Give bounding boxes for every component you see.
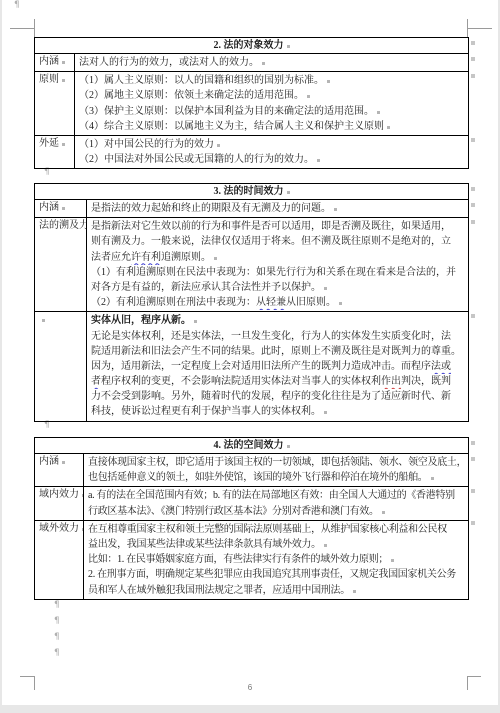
row-content: （1）属人主义原则：以人的国籍和组织的国别为标准。 （2）属地主义原则：依领土来… [75, 72, 469, 136]
table-row: 3. 法的时间效力 [35, 184, 469, 200]
crop-mark-top-right [468, 28, 492, 29]
cell-end-mark [339, 302, 342, 305]
table-object-effect: 2. 法的对象效力 内涵 法对人的行为的效力，或法对人的效力。 原则 （1）属人… [34, 37, 469, 169]
cell-end-mark [353, 590, 356, 593]
row-end-mark [471, 314, 475, 318]
row-content: 是指新法对它生效以前的行为和事件是否可以适用，即是否溯及既往，如果适用， 则有溯… [87, 218, 469, 312]
crop-mark-bottom-left [20, 676, 34, 677]
row-label [35, 312, 87, 421]
cell-end-mark [317, 159, 320, 162]
row-content: 法对人的行为的效力，或法对人的效力。 [75, 54, 469, 72]
crop-mark-top-left [10, 28, 34, 29]
row-content: （1）对中国公民的行为的效力 （2）中国法对外国公民或无国籍的人的行为的效力。 [75, 135, 469, 168]
pilcrow-mark: ¶ [44, 421, 50, 430]
cell-end-mark [387, 126, 390, 129]
crop-mark-top-left [34, 19, 35, 37]
pilcrow-mark: ¶ [54, 649, 60, 658]
row-label: 法的溯及力 [35, 218, 87, 312]
table-row: 法的溯及力 是指新法对它生效以前的行为和事件是否可以适用，即是否溯及既往，如果适… [35, 218, 469, 312]
text-line: 实体从旧，程序从新。 [91, 313, 464, 328]
cell-end-mark [324, 287, 327, 290]
text-line: （2）有利追溯原则在刑法中表现为：从轻兼从旧原则。 [91, 295, 464, 310]
cell-end-mark [377, 111, 380, 114]
pilcrow-mark: ¶ [54, 633, 60, 642]
text-line: 者程序权利的变更，不会影响法院适用实体法对当事人的实体权利作出判决，既判 [91, 374, 464, 389]
text-line: 直接体现国家主权，即它适用于该国主权的一切领域，即包括领陆、领水、领空及底土， [88, 455, 464, 470]
text-line: 因为，适用新法，一定程度上会对适用旧法所产生的既判力造成冲击。而程序法或 [91, 359, 464, 374]
cell-end-mark [324, 411, 327, 414]
row-label: 原则 [35, 72, 75, 136]
row-end-mark [471, 489, 475, 493]
row-end-mark [471, 441, 475, 445]
row-label: 域内效力 [35, 487, 84, 520]
spellcheck-underline: 者 [91, 376, 101, 387]
text-line: 力不会受到影响。另外，随着时代的发展，程序的变化往往是为了适应新时代、新 [91, 389, 464, 404]
row-end-mark [471, 457, 475, 461]
row-label: 内涵 [35, 200, 87, 218]
text-line: （2）属地主义原则：依领土来确定法的适用范围。 [79, 88, 464, 103]
crop-mark-bottom-right [467, 676, 481, 677]
row-content: 是指法的效力起始和终止的期限及有无溯及力的问题。 [87, 200, 469, 218]
row-end-mark [471, 57, 475, 61]
cell-end-mark [391, 559, 394, 562]
text-line: 比如：1. 在民事婚姻家庭方面，有些法律实行有条件的域外效力原则； [88, 552, 464, 567]
text-line: 是指新法对它生效以前的行为和事件是否可以适用，即是否溯及既往，如果适用， [91, 219, 464, 234]
text-line: 员和军人在域外触犯我国刑法规定之罪者，应适用中国刑法。 [88, 583, 464, 598]
cell-end-mark [62, 207, 65, 210]
cell-end-mark [62, 79, 65, 82]
text-line: 行政区基本法》、《澳门特别行政区基本法》分别对香港和澳门有效。 [88, 504, 464, 519]
text-line: 是指法的效力起始和终止的期限及有无溯及力的问题。 [91, 201, 464, 216]
text-line: 院适用新法和旧法会产生不同的结果。此时，原则上不溯及既往是对既判力的尊重。 [91, 344, 464, 359]
text-line: 法者应允许有利追溯原则。 [91, 250, 464, 265]
cell-end-mark [382, 511, 385, 514]
row-end-mark [471, 187, 475, 191]
cell-end-mark [62, 143, 65, 146]
table-row: 内涵 是指法的效力起始和终止的期限及有无溯及力的问题。 [35, 200, 469, 218]
text-line: 科技，使诉讼过程更有利于保护当事人的实体权利。 [91, 404, 464, 419]
text-line: 对各方是有益的，新法应承认其合法性并予以保护。 [91, 280, 464, 295]
row-end-mark [471, 74, 475, 78]
pilcrow-mark: ¶ [54, 617, 60, 626]
row-label: 内涵 [35, 454, 84, 487]
cell-end-mark [287, 191, 290, 194]
row-end-mark [471, 220, 475, 224]
table-title: 4. 法的空间效力 [35, 438, 469, 454]
table-row: 内涵 直接体现国家主权，即它适用于该国主权的一切领域，即包括领陆、领水、领空及底… [35, 454, 469, 487]
pilcrow-mark: ¶ [14, 1, 20, 10]
pilcrow-mark: ¶ [54, 601, 60, 610]
text-line: （1）对中国公民的行为的效力 [79, 137, 464, 152]
row-content: a. 有的法在全国范围内有效；b. 有的法在局部地区有效：由全国人大通过的《香港… [84, 487, 469, 520]
cell-end-mark [194, 320, 197, 323]
cell-end-mark [214, 257, 217, 260]
spellcheck-underline: 从轻兼 [256, 297, 286, 308]
table-row: 外延 （1）对中国公民的行为的效力 （2）中国法对外国公民或无国籍的人的行为的效… [35, 135, 469, 168]
table-row: 域内效力 a. 有的法在全国范围内有效；b. 有的法在局部地区有效：由全国人大通… [35, 487, 469, 520]
table-time-effect: 3. 法的时间效力 内涵 是指法的效力起始和终止的期限及有无溯及力的问题。 法的… [34, 183, 469, 422]
table-row: 原则 （1）属人主义原则：以人的国籍和组织的国别为标准。 （2）属地主义原则：依… [35, 72, 469, 136]
text-line: 则有溯及力。一般来说，法律仅仅适用于将来。但不溯及既往原则不是绝对的，立 [91, 234, 464, 249]
cell-end-mark [287, 45, 290, 48]
spellcheck-underline: 作出 [381, 376, 401, 387]
row-label: 域外效力 [35, 520, 84, 599]
page-number: 6 [2, 683, 498, 692]
text-line: 益出发，我国某些法律或某些法律条款具有域外效力。 [88, 537, 464, 552]
table-row: 实体从旧，程序从新。 无论是实体权利，还是实体法，一旦发生变化，行为人的实体发生… [35, 312, 469, 421]
text-line: 法对人的行为的效力，或法对人的效力。 [79, 55, 464, 70]
text-line: 2. 在刑事方面，明确规定某些犯罪应由我国追究其刑事责任，又规定我国国家机关公务 [88, 567, 464, 582]
row-label: 内涵 [35, 54, 75, 72]
text-line: 无论是实体权利，还是实体法，一旦发生变化，行为人的实体发生实质变化时，法 [91, 329, 464, 344]
text-line: （1）有利追溯原则在民法中表现为：如果先行行为和关系在现在看来是合法的，并 [91, 265, 464, 280]
text-line: （3）保护主义原则：以保护本国利益为目的来确定法的适用范围。 [79, 104, 464, 119]
table-row: 4. 法的空间效力 [35, 438, 469, 454]
table-row: 域外效力 在互相尊重国家主权和领土完整的国际法原则基础上，从维护国家核心利益和公… [35, 520, 469, 599]
cell-end-mark [307, 95, 310, 98]
table-row: 2. 法的对象效力 [35, 38, 469, 54]
row-end-mark [471, 521, 475, 525]
cell-end-mark [262, 62, 265, 65]
row-content: 直接体现国家主权，即它适用于该国主权的一切领域，即包括领陆、领水、领空及底土， … [84, 454, 469, 487]
row-content: 在互相尊重国家主权和领土完整的国际法原则基础上，从维护国家核心利益和公民权 益出… [84, 520, 469, 599]
cell-end-mark [327, 80, 330, 83]
cell-end-mark [62, 461, 65, 464]
row-end-mark [471, 203, 475, 207]
table-title: 2. 法的对象效力 [35, 38, 469, 54]
row-end-mark [471, 138, 475, 142]
table-row: 内涵 法对人的行为的效力，或法对人的效力。 [35, 54, 469, 72]
row-label: 外延 [35, 135, 75, 168]
spellcheck-underline: 许有利 [131, 252, 161, 263]
spellcheck-underline: 法或 [431, 361, 451, 372]
text-line: （1）属人主义原则：以人的国籍和组织的国别为标准。 [79, 73, 464, 88]
table-space-effect: 4. 法的空间效力 内涵 直接体现国家主权，即它适用于该国主权的一切领域，即包括… [34, 437, 469, 600]
cell-end-mark [62, 61, 65, 64]
cell-end-mark [287, 445, 290, 448]
row-end-mark [471, 41, 475, 45]
text-line: 在互相尊重国家主权和领土完整的国际法原则基础上，从维护国家核心利益和公民权 [88, 522, 464, 537]
text-line: 也包括延伸意义的领土，如驻外使馆，该国的境外飞行器和停泊在境外的船舶。 [88, 470, 464, 485]
row-content: 实体从旧，程序从新。 无论是实体权利，还是实体法，一旦发生变化，行为人的实体发生… [87, 312, 469, 421]
document-page: ¶ ¶ ¶ ¶ ¶ ¶ ¶ 2. 法的对象效力 内涵 法对人的行为的效力，或法对… [2, 0, 498, 705]
cell-end-mark [42, 319, 45, 322]
table-title: 3. 法的时间效力 [35, 184, 469, 200]
cell-end-mark [431, 477, 434, 480]
cell-end-mark [324, 544, 327, 547]
cell-end-mark [217, 144, 220, 147]
text-line: （2）中国法对外国公民或无国籍的人的行为的效力。 [79, 152, 464, 167]
cell-end-mark [334, 208, 337, 211]
text-line: （4）综合主义原则：以属地主义为主，结合属人主义和保护主义原则 [79, 119, 464, 134]
pilcrow-mark: ¶ [44, 168, 50, 177]
text-line: a. 有的法在全国范围内有效；b. 有的法在局部地区有效：由全国人大通过的《香港… [88, 488, 464, 503]
